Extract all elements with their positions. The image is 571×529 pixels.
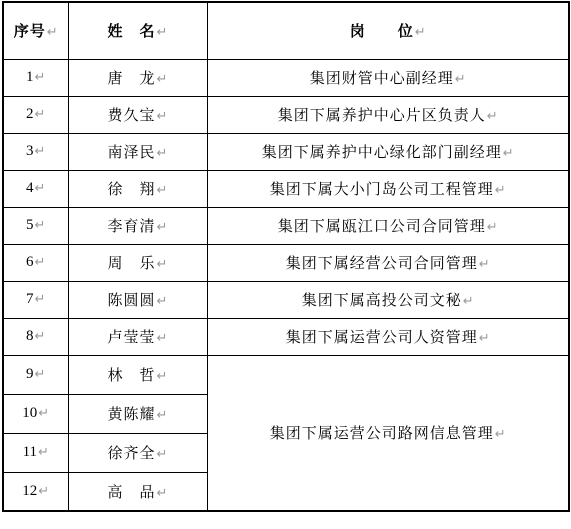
cell-position: 集团下属大小门岛公司工程管理↵	[207, 170, 569, 207]
row-number: 5	[26, 217, 34, 233]
cell-no: 2↵	[3, 96, 68, 133]
header-no-label: 序号	[14, 24, 46, 40]
person-position: 集团下属养护中心片区负责人	[278, 108, 486, 124]
cell-no: 6↵	[3, 244, 68, 281]
table-row: 1↵ 唐 龙↵ 集团财管中心副经理↵	[3, 59, 569, 96]
person-name: 陈圆圆	[108, 293, 156, 309]
return-mark-icon: ↵	[495, 183, 506, 198]
cell-name: 费久宝↵	[68, 96, 207, 133]
return-mark-icon: ↵	[35, 107, 46, 122]
return-mark-icon: ↵	[503, 146, 514, 161]
cell-no: 10↵	[3, 394, 68, 433]
table-row: 4↵ 徐 翔↵ 集团下属大小门岛公司工程管理↵	[3, 170, 569, 207]
return-mark-icon: ↵	[157, 331, 168, 346]
return-mark-icon: ↵	[157, 25, 168, 40]
person-name: 周 乐	[108, 256, 156, 272]
cell-no: 7↵	[3, 281, 68, 318]
return-mark-icon: ↵	[455, 72, 466, 87]
person-position: 集团财管中心副经理	[310, 71, 454, 87]
return-mark-icon: ↵	[157, 447, 168, 462]
cell-name: 高 品↵	[68, 472, 207, 511]
header-cell-name: 姓 名↵	[68, 2, 207, 59]
return-mark-icon: ↵	[35, 181, 46, 196]
return-mark-icon: ↵	[35, 367, 46, 382]
person-name: 费久宝	[108, 108, 156, 124]
return-mark-icon: ↵	[487, 109, 498, 124]
header-name-label: 姓 名	[108, 24, 156, 40]
row-number: 9	[26, 366, 34, 382]
row-number: 12	[22, 483, 37, 499]
row-number: 6	[26, 254, 34, 270]
header-position-label: 岗 位	[350, 24, 414, 40]
header-cell-no: 序号↵	[3, 2, 68, 59]
row-number: 10	[22, 405, 37, 421]
cell-position: 集团下属养护中心片区负责人↵	[207, 96, 569, 133]
cell-no: 9↵	[3, 355, 68, 394]
return-mark-icon: ↵	[157, 109, 168, 124]
row-number: 11	[23, 444, 37, 460]
cell-name: 李育清↵	[68, 207, 207, 244]
table-row: 6↵ 周 乐↵ 集团下属经营公司合同管理↵	[3, 244, 569, 281]
return-mark-icon: ↵	[38, 484, 49, 499]
row-number: 8	[26, 328, 34, 344]
person-name: 卢莹莹	[108, 330, 156, 346]
person-name: 李育清	[108, 219, 156, 235]
return-mark-icon: ↵	[157, 408, 168, 423]
cell-no: 12↵	[3, 472, 68, 511]
return-mark-icon: ↵	[157, 486, 168, 501]
return-mark-icon: ↵	[157, 220, 168, 235]
cell-no: 4↵	[3, 170, 68, 207]
row-number: 1	[26, 69, 34, 85]
row-number: 2	[26, 106, 34, 122]
person-position: 集团下属大小门岛公司工程管理	[270, 182, 494, 198]
cell-name: 徐齐全↵	[68, 433, 207, 472]
person-name: 唐 龙	[108, 71, 156, 87]
document-page: 序号↵ 姓 名↵ 岗 位↵ 1↵ 唐 龙↵ 集团财管中心副经理↵ 2↵ 费久宝↵…	[0, 0, 571, 529]
table-row: 2↵ 费久宝↵ 集团下属养护中心片区负责人↵	[3, 96, 569, 133]
cell-no: 1↵	[3, 59, 68, 96]
personnel-table: 序号↵ 姓 名↵ 岗 位↵ 1↵ 唐 龙↵ 集团财管中心副经理↵ 2↵ 费久宝↵…	[2, 1, 570, 512]
person-position: 集团下属瓯江口公司合同管理	[278, 219, 486, 235]
cell-name: 黄陈耀↵	[68, 394, 207, 433]
return-mark-icon: ↵	[47, 25, 58, 40]
person-position: 集团下属经营公司合同管理	[286, 256, 478, 272]
person-position: 集团下属运营公司路网信息管理	[270, 426, 494, 442]
return-mark-icon: ↵	[157, 294, 168, 309]
return-mark-icon: ↵	[157, 72, 168, 87]
person-position: 集团下属养护中心绿化部门副经理	[262, 145, 502, 161]
cell-name: 陈圆圆↵	[68, 281, 207, 318]
cell-position: 集团下属养护中心绿化部门副经理↵	[207, 133, 569, 170]
cell-position: 集团下属运营公司人资管理↵	[207, 318, 569, 355]
return-mark-icon: ↵	[35, 70, 46, 85]
person-name: 林 哲	[108, 368, 156, 384]
cell-position: 集团下属高投公司文秘↵	[207, 281, 569, 318]
cell-name: 卢莹莹↵	[68, 318, 207, 355]
cell-name: 周 乐↵	[68, 244, 207, 281]
return-mark-icon: ↵	[35, 292, 46, 307]
table-row: 9↵ 林 哲↵ 集团下属运营公司路网信息管理↵	[3, 355, 569, 394]
person-name: 黄陈耀	[108, 407, 156, 423]
table-row: 7↵ 陈圆圆↵ 集团下属高投公司文秘↵	[3, 281, 569, 318]
return-mark-icon: ↵	[35, 255, 46, 270]
return-mark-icon: ↵	[157, 146, 168, 161]
return-mark-icon: ↵	[35, 329, 46, 344]
person-position: 集团下属高投公司文秘	[302, 293, 462, 309]
table-header-row: 序号↵ 姓 名↵ 岗 位↵	[3, 2, 569, 59]
return-mark-icon: ↵	[38, 445, 49, 460]
person-name: 徐 翔	[108, 182, 156, 198]
header-cell-position: 岗 位↵	[207, 2, 569, 59]
person-name: 南泽民	[108, 145, 156, 161]
cell-no: 11↵	[3, 433, 68, 472]
return-mark-icon: ↵	[495, 427, 506, 442]
person-name: 高 品	[108, 485, 156, 501]
cell-position: 集团下属瓯江口公司合同管理↵	[207, 207, 569, 244]
return-mark-icon: ↵	[415, 25, 426, 40]
return-mark-icon: ↵	[157, 257, 168, 272]
return-mark-icon: ↵	[157, 183, 168, 198]
return-mark-icon: ↵	[487, 220, 498, 235]
cell-no: 3↵	[3, 133, 68, 170]
cell-name: 林 哲↵	[68, 355, 207, 394]
cell-position: 集团财管中心副经理↵	[207, 59, 569, 96]
return-mark-icon: ↵	[479, 257, 490, 272]
return-mark-icon: ↵	[157, 369, 168, 384]
row-number: 3	[26, 143, 34, 159]
cell-name: 南泽民↵	[68, 133, 207, 170]
return-mark-icon: ↵	[463, 294, 474, 309]
row-number: 7	[26, 291, 34, 307]
cell-name: 徐 翔↵	[68, 170, 207, 207]
return-mark-icon: ↵	[38, 406, 49, 421]
person-position: 集团下属运营公司人资管理	[286, 330, 478, 346]
table-row: 5↵ 李育清↵ 集团下属瓯江口公司合同管理↵	[3, 207, 569, 244]
cell-position: 集团下属经营公司合同管理↵	[207, 244, 569, 281]
cell-no: 5↵	[3, 207, 68, 244]
table-row: 8↵ 卢莹莹↵ 集团下属运营公司人资管理↵	[3, 318, 569, 355]
table-row: 3↵ 南泽民↵ 集团下属养护中心绿化部门副经理↵	[3, 133, 569, 170]
row-number: 4	[26, 180, 34, 196]
return-mark-icon: ↵	[35, 218, 46, 233]
person-name: 徐齐全	[108, 446, 156, 462]
return-mark-icon: ↵	[35, 144, 46, 159]
cell-name: 唐 龙↵	[68, 59, 207, 96]
cell-no: 8↵	[3, 318, 68, 355]
return-mark-icon: ↵	[479, 331, 490, 346]
cell-position-merged: 集团下属运营公司路网信息管理↵	[207, 355, 569, 511]
